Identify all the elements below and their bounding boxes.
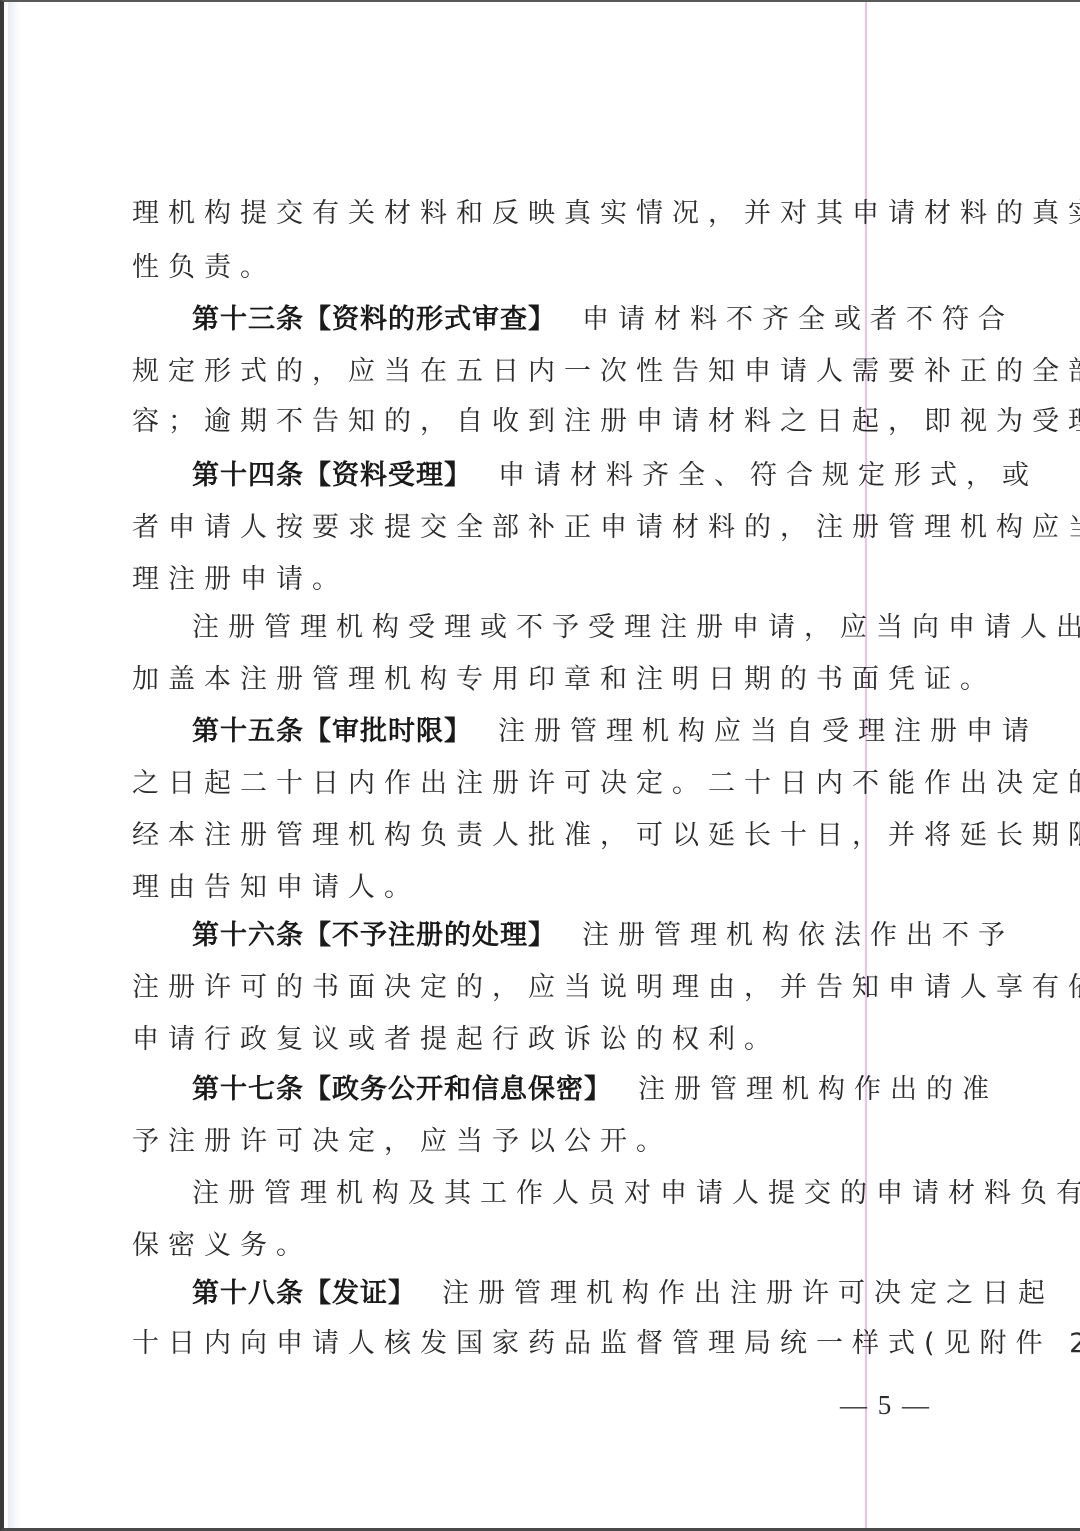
article-title: 第十四条【资料受理】 [192,460,472,491]
paragraph-text: 容；逾期不告知的，自收到注册申请材料之日起，即视为受理。 [132,406,1080,437]
paragraph-text: 性负责。 [132,252,276,283]
paragraph-text: 注册管理机构应当自受理注册申请 [498,716,1038,747]
paragraph-text: 注册管理机构受理或不予受理注册申请，应当向申请人出具 [192,612,1080,643]
article-heading-line: 第十八条【发证】注册管理机构作出注册许可决定之日起 [192,1278,1054,1310]
body-text-line: 容；逾期不告知的，自收到注册申请材料之日起，即视为受理。 [132,406,1080,438]
article-title: 第十八条【发证】 [192,1278,416,1309]
paragraph-text: 者申请人按要求提交全部补正申请材料的，注册管理机构应当受 [132,512,1080,543]
article-title: 第十七条【政务公开和信息保密】 [192,1074,612,1105]
paragraph-text: 申请行政复议或者提起行政诉讼的权利。 [132,1024,780,1055]
body-text-line: 申请行政复议或者提起行政诉讼的权利。 [132,1024,780,1056]
article-title: 第十三条【资料的形式审查】 [192,304,556,335]
body-text-line: 注册管理机构及其工作人员对申请人提交的申请材料负有 [192,1178,1080,1210]
paragraph-text: 加盖本注册管理机构专用印章和注明日期的书面凭证。 [132,664,996,695]
article-heading-line: 第十四条【资料受理】申请材料齐全、符合规定形式，或 [192,460,1038,492]
article-heading-line: 第十七条【政务公开和信息保密】注册管理机构作出的准 [192,1074,998,1106]
paragraph-text: 规定形式的，应当在五日内一次性告知申请人需要补正的全部内 [132,356,1080,387]
article-title: 第十五条【审批时限】 [192,716,472,747]
paragraph-text: 申请材料齐全、符合规定形式，或 [498,460,1038,491]
body-text-line: 性负责。 [132,252,276,284]
article-heading-line: 第十三条【资料的形式审查】申请材料不齐全或者不符合 [192,304,1014,336]
body-text-line: 加盖本注册管理机构专用印章和注明日期的书面凭证。 [132,664,996,696]
paragraph-text: 之日起二十日内作出注册许可决定。二十日内不能作出决定的， [132,768,1080,799]
document-page: 理机构提交有关材料和反映真实情况，并对其申请材料的真实性负责。第十三条【资料的形… [0,0,1080,1531]
paragraph-text: 注册管理机构依法作出不予 [582,920,1014,951]
scan-edge-shadow [8,2,20,1528]
body-text-line: 十日内向申请人核发国家药品监督管理局统一样式(见附件 2)、 [132,1328,1080,1360]
body-text-line: 理注册申请。 [132,564,348,596]
paragraph-text: 理由告知申请人。 [132,872,420,903]
body-text-line: 理由告知申请人。 [132,872,420,904]
paragraph-text: 保密义务。 [132,1230,312,1261]
paragraph-text: 注册许可的书面决定的，应当说明理由，并告知申请人享有依法 [132,972,1080,1003]
article-heading-line: 第十五条【审批时限】注册管理机构应当自受理注册申请 [192,716,1038,748]
body-text-line: 注册管理机构受理或不予受理注册申请，应当向申请人出具 [192,612,1080,644]
article-title: 第十六条【不予注册的处理】 [192,920,556,951]
body-text-line: 者申请人按要求提交全部补正申请材料的，注册管理机构应当受 [132,512,1080,544]
paragraph-text: 注册管理机构作出注册许可决定之日起 [442,1278,1054,1309]
body-text-line: 保密义务。 [132,1230,312,1262]
paragraph-text: 注册管理机构及其工作人员对申请人提交的申请材料负有 [192,1178,1080,1209]
paragraph-text: 予注册许可决定，应当予以公开。 [132,1126,672,1157]
paragraph-text: 经本注册管理机构负责人批准，可以延长十日，并将延长期限的 [132,820,1080,851]
article-heading-line: 第十六条【不予注册的处理】注册管理机构依法作出不予 [192,920,1014,952]
body-text-line: 予注册许可决定，应当予以公开。 [132,1126,672,1158]
paragraph-text: 注册管理机构作出的准 [638,1074,998,1105]
paragraph-text: 十日内向申请人核发国家药品监督管理局统一样式(见附件 2)、 [132,1328,1080,1359]
body-text-line: 规定形式的，应当在五日内一次性告知申请人需要补正的全部内 [132,356,1080,388]
body-text-line: 经本注册管理机构负责人批准，可以延长十日，并将延长期限的 [132,820,1080,852]
paragraph-text: 理注册申请。 [132,564,348,595]
body-text-line: 注册许可的书面决定的，应当说明理由，并告知申请人享有依法 [132,972,1080,1004]
body-text-line: 之日起二十日内作出注册许可决定。二十日内不能作出决定的， [132,768,1080,800]
page-number: — 5 — [840,1390,931,1421]
body-text-line: 理机构提交有关材料和反映真实情况，并对其申请材料的真实 [132,198,1080,230]
paragraph-text: 申请材料不齐全或者不符合 [582,304,1014,335]
paragraph-text: 理机构提交有关材料和反映真实情况，并对其申请材料的真实 [132,198,1080,229]
